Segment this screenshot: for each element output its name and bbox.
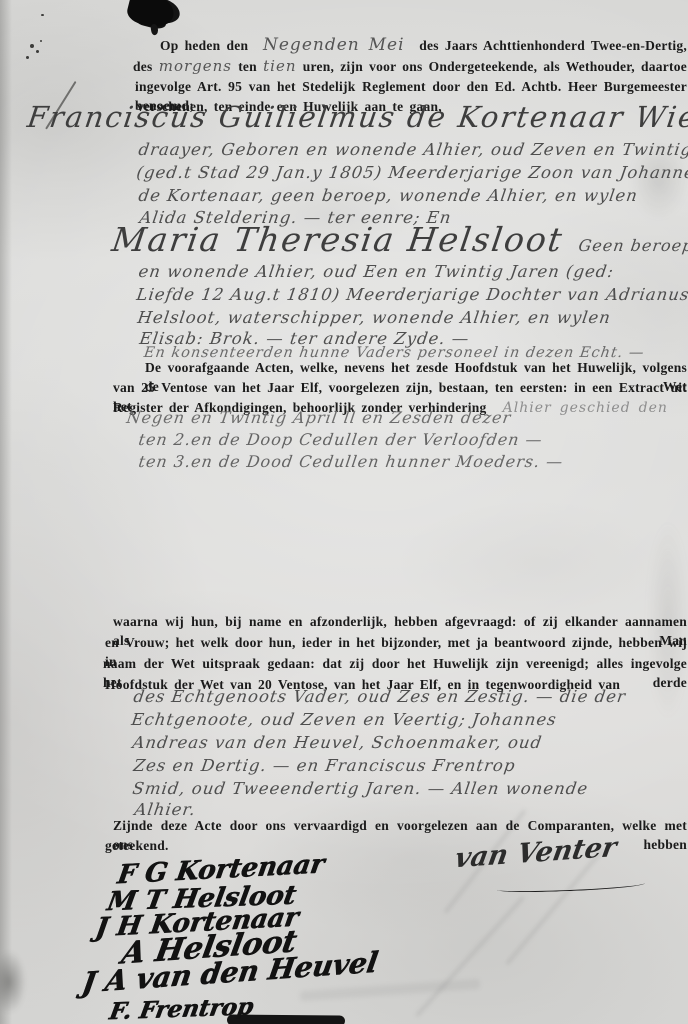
groom-detail-line: draayer, Geboren en wonende Alhier, oud … [137,140,688,159]
intro-line-2-printed-mid: ten [238,57,257,76]
intro-line-1-printed: Op heden den [160,36,248,55]
ink-speck [41,14,44,16]
bride-detail-line: Liefde 12 Aug.t 1810) Meerderjarige Doch… [135,285,688,304]
page-edge-shadow [0,0,12,1024]
bride-name-line: Maria Theresia Helsloot Geen beroep, Geb… [115,220,688,259]
corner-smudge [0,950,26,1014]
party-signature: F. Frentrop [107,993,255,1024]
groom-detail-line: de Kortenaar, geen beroep, wonende Alhie… [137,186,639,205]
witness-line: Andreas van den Heuvel, Schoenmaker, oud [131,733,543,752]
acts-handwritten-line: Negen en Twintig April ll en Zesden deze… [125,408,512,427]
groom-name: Franciscus Guilielmus de Kortenaar Wiel [25,100,688,134]
witness-line: Echtgenoote, oud Zeven en Veertig; Johan… [130,710,558,729]
closing-line-2: geteekend. [105,836,169,855]
marriage-record-page: Op heden den Negenden Mei des Jaars Acht… [0,0,688,1024]
ink-speck [30,44,34,48]
witness-line: Smid, oud Tweeendertig Jaren. — Allen wo… [131,779,589,798]
ink-speck [26,56,29,59]
bride-detail-line: en wonende Alhier, oud Een en Twintig Ja… [137,262,615,281]
intro-line-1: Op heden den Negenden Mei des Jaars Acht… [160,36,687,55]
bride-name-suffix: Geen beroep, Geboren [577,236,688,255]
handwritten-time-of-day: morgens [159,57,232,76]
handwritten-hour: tien [263,57,296,76]
intro-line-1-printed-end: des Jaars Achttienhonderd Twee-en-Dertig… [419,36,687,55]
acts-handwritten-line: ten 3.en de Dood Cedullen hunner Moeders… [137,452,564,471]
witness-line: des Echtgenoots Vader, oud Zes en Zestig… [132,687,627,706]
ink-speck [40,40,42,42]
handwritten-wedding-date: Negenden Mei [263,36,405,55]
intro-line-2-printed: des [133,57,153,76]
ink-speck [36,50,39,53]
bleedthrough-mark [415,896,524,1017]
acts-handwritten-line: ten 2.en de Doop Cedullen der Verloofden… [137,430,544,449]
intro-line-2: des morgens ten tien uren, zijn voor ons… [133,57,687,76]
witness-line: Zes en Dertig. — en Franciscus Frentrop [132,756,517,775]
handwritten-publication-place: Alhier geschied den [503,400,668,416]
groom-detail-line: (ged.t Stad 29 Jan.y 1805) Meerderjarige… [135,163,688,182]
signature-flourish [497,879,645,893]
bride-name: Maria Theresia Helsloot [110,220,567,259]
bride-detail-line: Helsloot, waterschipper, wonende Alhier,… [136,308,612,327]
intro-line-2-printed-end: uren, zijn voor ons Ondergeteekende, als… [303,57,687,76]
